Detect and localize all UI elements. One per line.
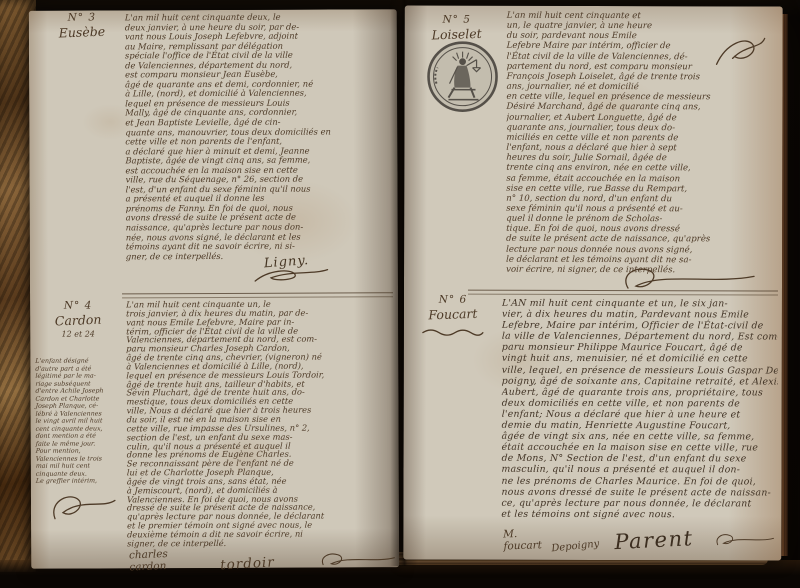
text-line: sise en cette ville, rue Basse du Rempar…	[506, 183, 776, 194]
act4-margin-header: N° 4 Cardon 12 et 24	[36, 299, 120, 338]
act3-number: N° 3	[43, 11, 121, 23]
act4-legitimation-note: L'enfant désignéd'autre part a étélégiti…	[35, 357, 122, 485]
right-page: N° 5 Loiselet	[403, 6, 782, 561]
act3-signature: Ligny.	[263, 253, 309, 271]
text-line: dont mention a été	[35, 432, 121, 440]
text-line: l'État civil de la ville de Valenciennes…	[506, 51, 776, 62]
text-line: légitimé par le ma-	[35, 372, 121, 380]
act5-number: N° 5	[409, 14, 505, 26]
text-line: journalier, et Aubert Longuette, âgé de	[506, 112, 776, 123]
act4-signature-row: charles cardon tordoir	[129, 547, 397, 572]
act-separator	[122, 292, 393, 298]
text-line: ville, lequel, en présence de messieurs …	[502, 364, 778, 376]
act6-body-text: L'AN mil huit cent cinquante et un, le s…	[501, 298, 778, 521]
text-line: quarante ans, journalier, tous deux do-	[506, 122, 776, 133]
act6-family-name: Foucart	[406, 305, 500, 323]
act5-margin-header: N° 5 Loiselet	[409, 14, 505, 42]
act4-margin-sub: 12 et 24	[36, 329, 120, 338]
text-line: et les témoins ont signé avec nous.	[501, 509, 777, 521]
text-line: l'enfant; Nous a déclaré que hier à une …	[501, 409, 777, 421]
text-line: Aubert, âgé de quarante trois ans, propr…	[502, 387, 778, 399]
mayor-paraph-icon	[319, 549, 398, 571]
signature-charles-cardon: charles cardon	[129, 547, 195, 574]
text-line: sa femme, était accouchée en la maison	[506, 173, 776, 184]
act6-signature-row: M. foucart Depoigny Parent	[503, 528, 775, 553]
text-line: ce, qu'après lecture par nous donnée, le…	[501, 497, 777, 509]
text-line: masculin, qu'il nous a présenté et auque…	[501, 464, 777, 476]
text-line: lecture par nous donnée nous avons signé…	[506, 244, 776, 255]
act3-margin-header: N° 3 Eusèbe	[43, 11, 121, 39]
text-line: vingt huit ans, menuisier, né et domicil…	[502, 353, 778, 365]
act6-margin-header: N° 6 Foucart	[406, 294, 500, 341]
text-line: L'AN mil huit cent cinquante et un, le s…	[502, 298, 778, 310]
text-line: Désiré Marchand, âgé de quarante cinq an…	[506, 102, 776, 113]
text-line: Lefebre Maire par intérim, officier de	[506, 41, 776, 52]
act6-number: N° 6	[406, 294, 500, 306]
text-line: Le greffier intérim,	[36, 477, 122, 485]
text-line: n° 10, section du nord, d'un enfant du	[506, 194, 776, 205]
signature-depoigny: Depoigny	[551, 539, 600, 555]
text-line: deux domiciliés en cette ville, et non p…	[501, 398, 777, 410]
act3-body-text: L'an mil huit cent cinquante deux, ledeu…	[125, 12, 394, 261]
text-line: miciliés en cette ville et non parents d…	[506, 133, 776, 144]
act6-mayor-paraph-icon	[713, 528, 775, 552]
text-line: Pour mention,	[36, 447, 122, 455]
timbre-stamp-icon	[424, 40, 500, 114]
act-separator	[468, 290, 778, 296]
text-line: gner, de ce interpellés.	[126, 251, 394, 262]
text-line: le vingt avril mil huit	[35, 417, 121, 425]
act3-family-name: Eusèbe	[43, 23, 122, 41]
act4-body-text: L'an mil huit cent cinquante un, letrois…	[126, 299, 397, 548]
text-line: poigny, âgé de soixante ans, Capitaine r…	[502, 375, 778, 387]
text-line: demie du matin, Henriette Augustine Fouc…	[501, 420, 777, 432]
text-line: nous avons dressé de suite le présent ac…	[501, 486, 777, 498]
text-line: L'enfant désigné	[35, 357, 121, 365]
text-line: ne les prénoms de Charles Maurice. En fo…	[501, 475, 777, 487]
text-line: mai mil huit cent	[36, 462, 122, 470]
text-line: trente cinq ans environ, née en cette vi…	[506, 163, 776, 174]
left-page: N° 3 Eusèbe L'an mil huit cent cinquante…	[29, 9, 399, 569]
signature-foucart: M. foucart	[503, 527, 544, 552]
text-line: partement du nord, est comparu monsieur	[506, 62, 776, 73]
text-line: de suite le présent acte de naissance, q…	[506, 234, 776, 245]
act4-number: N° 4	[36, 299, 120, 311]
signature-tordoir: tordoir	[220, 554, 275, 573]
signature-flourish-icon	[250, 263, 331, 285]
signature-parent: Parent	[613, 526, 693, 554]
act4-family-name: Cardon	[36, 311, 121, 329]
margin-wavy-flourish-icon	[421, 327, 485, 337]
act5-body-text: L'an mil huit cent cinquante etun, le qu…	[506, 11, 777, 276]
registry-book-photo: N° 3 Eusèbe L'an mil huit cent cinquante…	[0, 0, 800, 588]
text-line: d'entre Achile Joseph	[35, 387, 121, 395]
greffier-paraph-icon	[47, 490, 119, 526]
text-line: Joseph Planque, cé-	[35, 402, 121, 410]
